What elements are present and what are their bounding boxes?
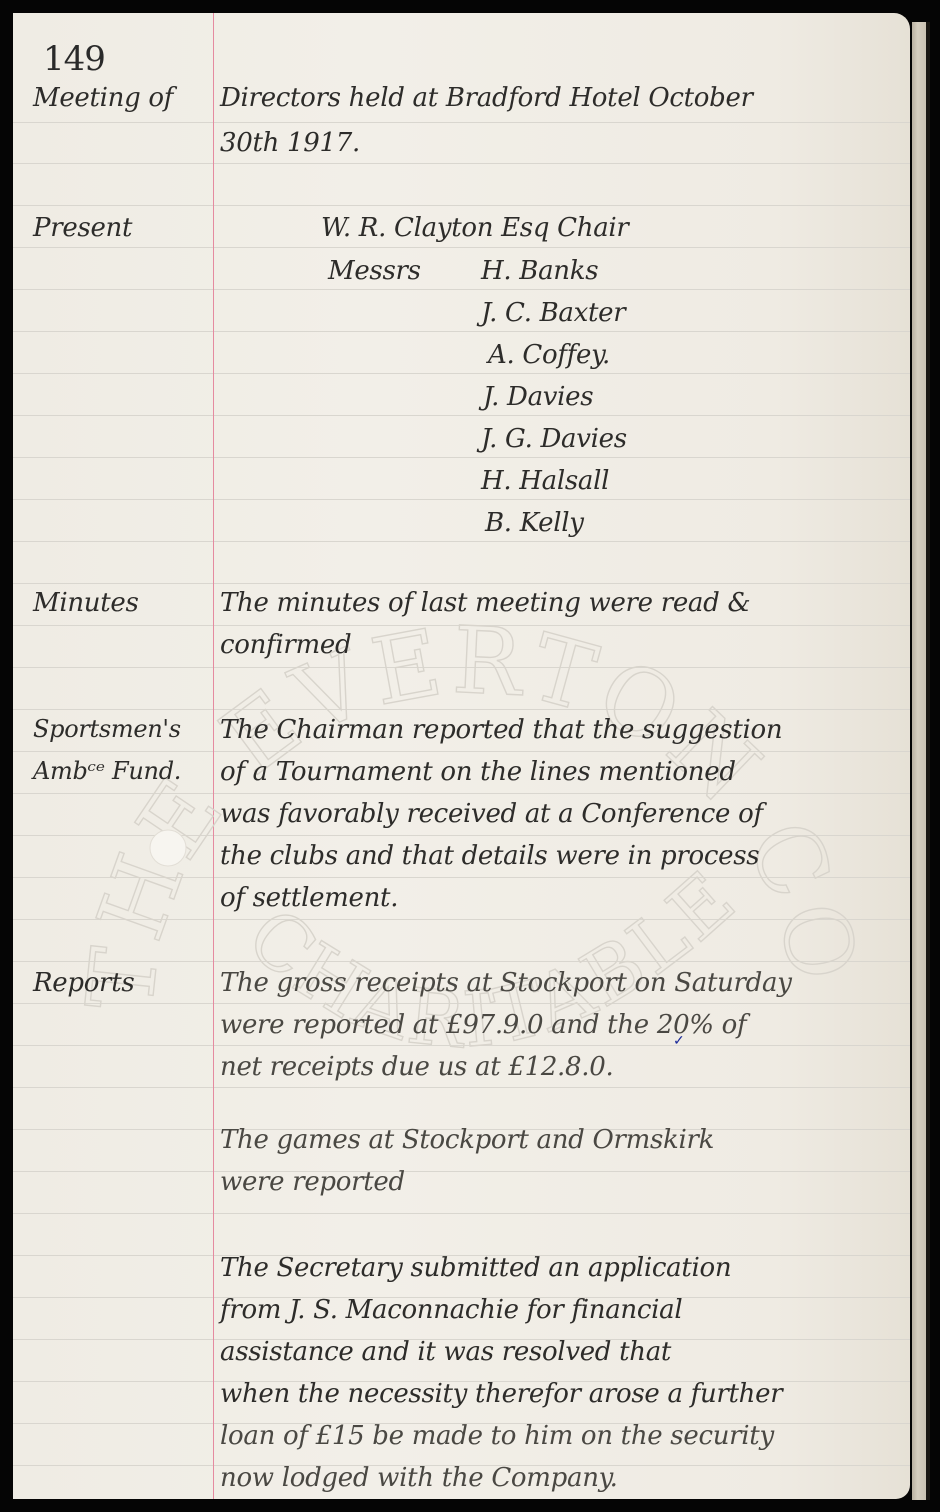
fund-line: was favorably received at a Conference o… (220, 799, 763, 829)
ruled-line (13, 1087, 910, 1088)
secretary-line: now lodged with the Company. (220, 1463, 618, 1493)
fund-label-line1: Sportsmen's (33, 715, 181, 743)
secretary-line: from J. S. Maconnachie for financial (220, 1295, 682, 1325)
ruled-line (13, 751, 910, 752)
ruled-line (13, 919, 910, 920)
reports-label: Reports (33, 968, 134, 998)
heading-margin-label: Meeting of (33, 83, 173, 113)
fund-line: The Chairman reported that the suggestio… (220, 715, 782, 745)
ruled-line (13, 122, 910, 123)
member-name: J. G. Davies (481, 424, 627, 454)
heading-date: 30th 1917. (220, 128, 360, 158)
chair-line: W. R. Clayton Esq Chair (321, 213, 629, 243)
reports-line: were reported (220, 1167, 405, 1197)
minutes-line: confirmed (220, 630, 351, 660)
page-number: 149 (43, 39, 105, 79)
ruled-line (13, 877, 910, 878)
ruled-line (13, 205, 910, 206)
ruled-line (13, 331, 910, 332)
ruled-line (13, 163, 910, 164)
secretary-line: assistance and it was resolved that (220, 1337, 671, 1367)
fund-label-line2: Ambᶜᵉ Fund. (33, 757, 181, 785)
reports-line: The gross receipts at Stockport on Satur… (220, 968, 792, 998)
ruled-line (13, 289, 910, 290)
ruled-line (13, 1171, 910, 1172)
ruled-line (13, 835, 910, 836)
book-edge-shadow (926, 22, 930, 1500)
book-edge (912, 22, 926, 1500)
ruled-line (13, 709, 910, 710)
member-name: B. Kelly (485, 508, 584, 538)
reports-line: were reported at £97.9.0 and the 20% of (220, 1010, 746, 1040)
ruled-line (13, 625, 910, 626)
fund-line: of a Tournament on the lines mentioned (220, 757, 736, 787)
ruled-line (13, 457, 910, 458)
minutes-line: The minutes of last meeting were read & (220, 588, 750, 618)
ruled-line (13, 499, 910, 500)
ruled-line (13, 583, 910, 584)
reports-line: The games at Stockport and Ormskirk (220, 1125, 714, 1155)
reports-line: net receipts due us at £12.8.0. (220, 1052, 613, 1082)
member-name: J. Davies (483, 382, 593, 412)
secretary-line: The Secretary submitted an application (220, 1253, 731, 1283)
ruled-line (13, 793, 910, 794)
check-tick-icon: ✓ (673, 1033, 685, 1049)
ruled-line (13, 373, 910, 374)
secretary-line: loan of £15 be made to him on the securi… (220, 1421, 774, 1451)
member-name: H. Banks (481, 256, 598, 286)
ruled-line (13, 247, 910, 248)
member-name: J. C. Baxter (481, 298, 625, 328)
ruled-line (13, 961, 910, 962)
fund-line: of settlement. (220, 883, 398, 913)
secretary-line: when the necessity therefor arose a furt… (220, 1379, 782, 1409)
member-name: A. Coffey. (488, 340, 610, 370)
ruled-line (13, 415, 910, 416)
ruled-line (13, 541, 910, 542)
margin-rule (213, 13, 214, 1499)
heading-text: Directors held at Bradford Hotel October (220, 83, 753, 113)
fund-line: the clubs and that details were in proce… (220, 841, 759, 871)
ledger-page: THE EVERTON COLLECTION CHARITABLE TRUST … (13, 13, 910, 1499)
ruled-line (13, 667, 910, 668)
member-name: H. Halsall (481, 466, 609, 496)
ruled-line (13, 1213, 910, 1214)
minutes-label: Minutes (33, 588, 139, 618)
messrs-label: Messrs (328, 256, 421, 286)
ruled-line (13, 1003, 910, 1004)
ruled-line (13, 1045, 910, 1046)
present-label: Present (33, 213, 132, 243)
